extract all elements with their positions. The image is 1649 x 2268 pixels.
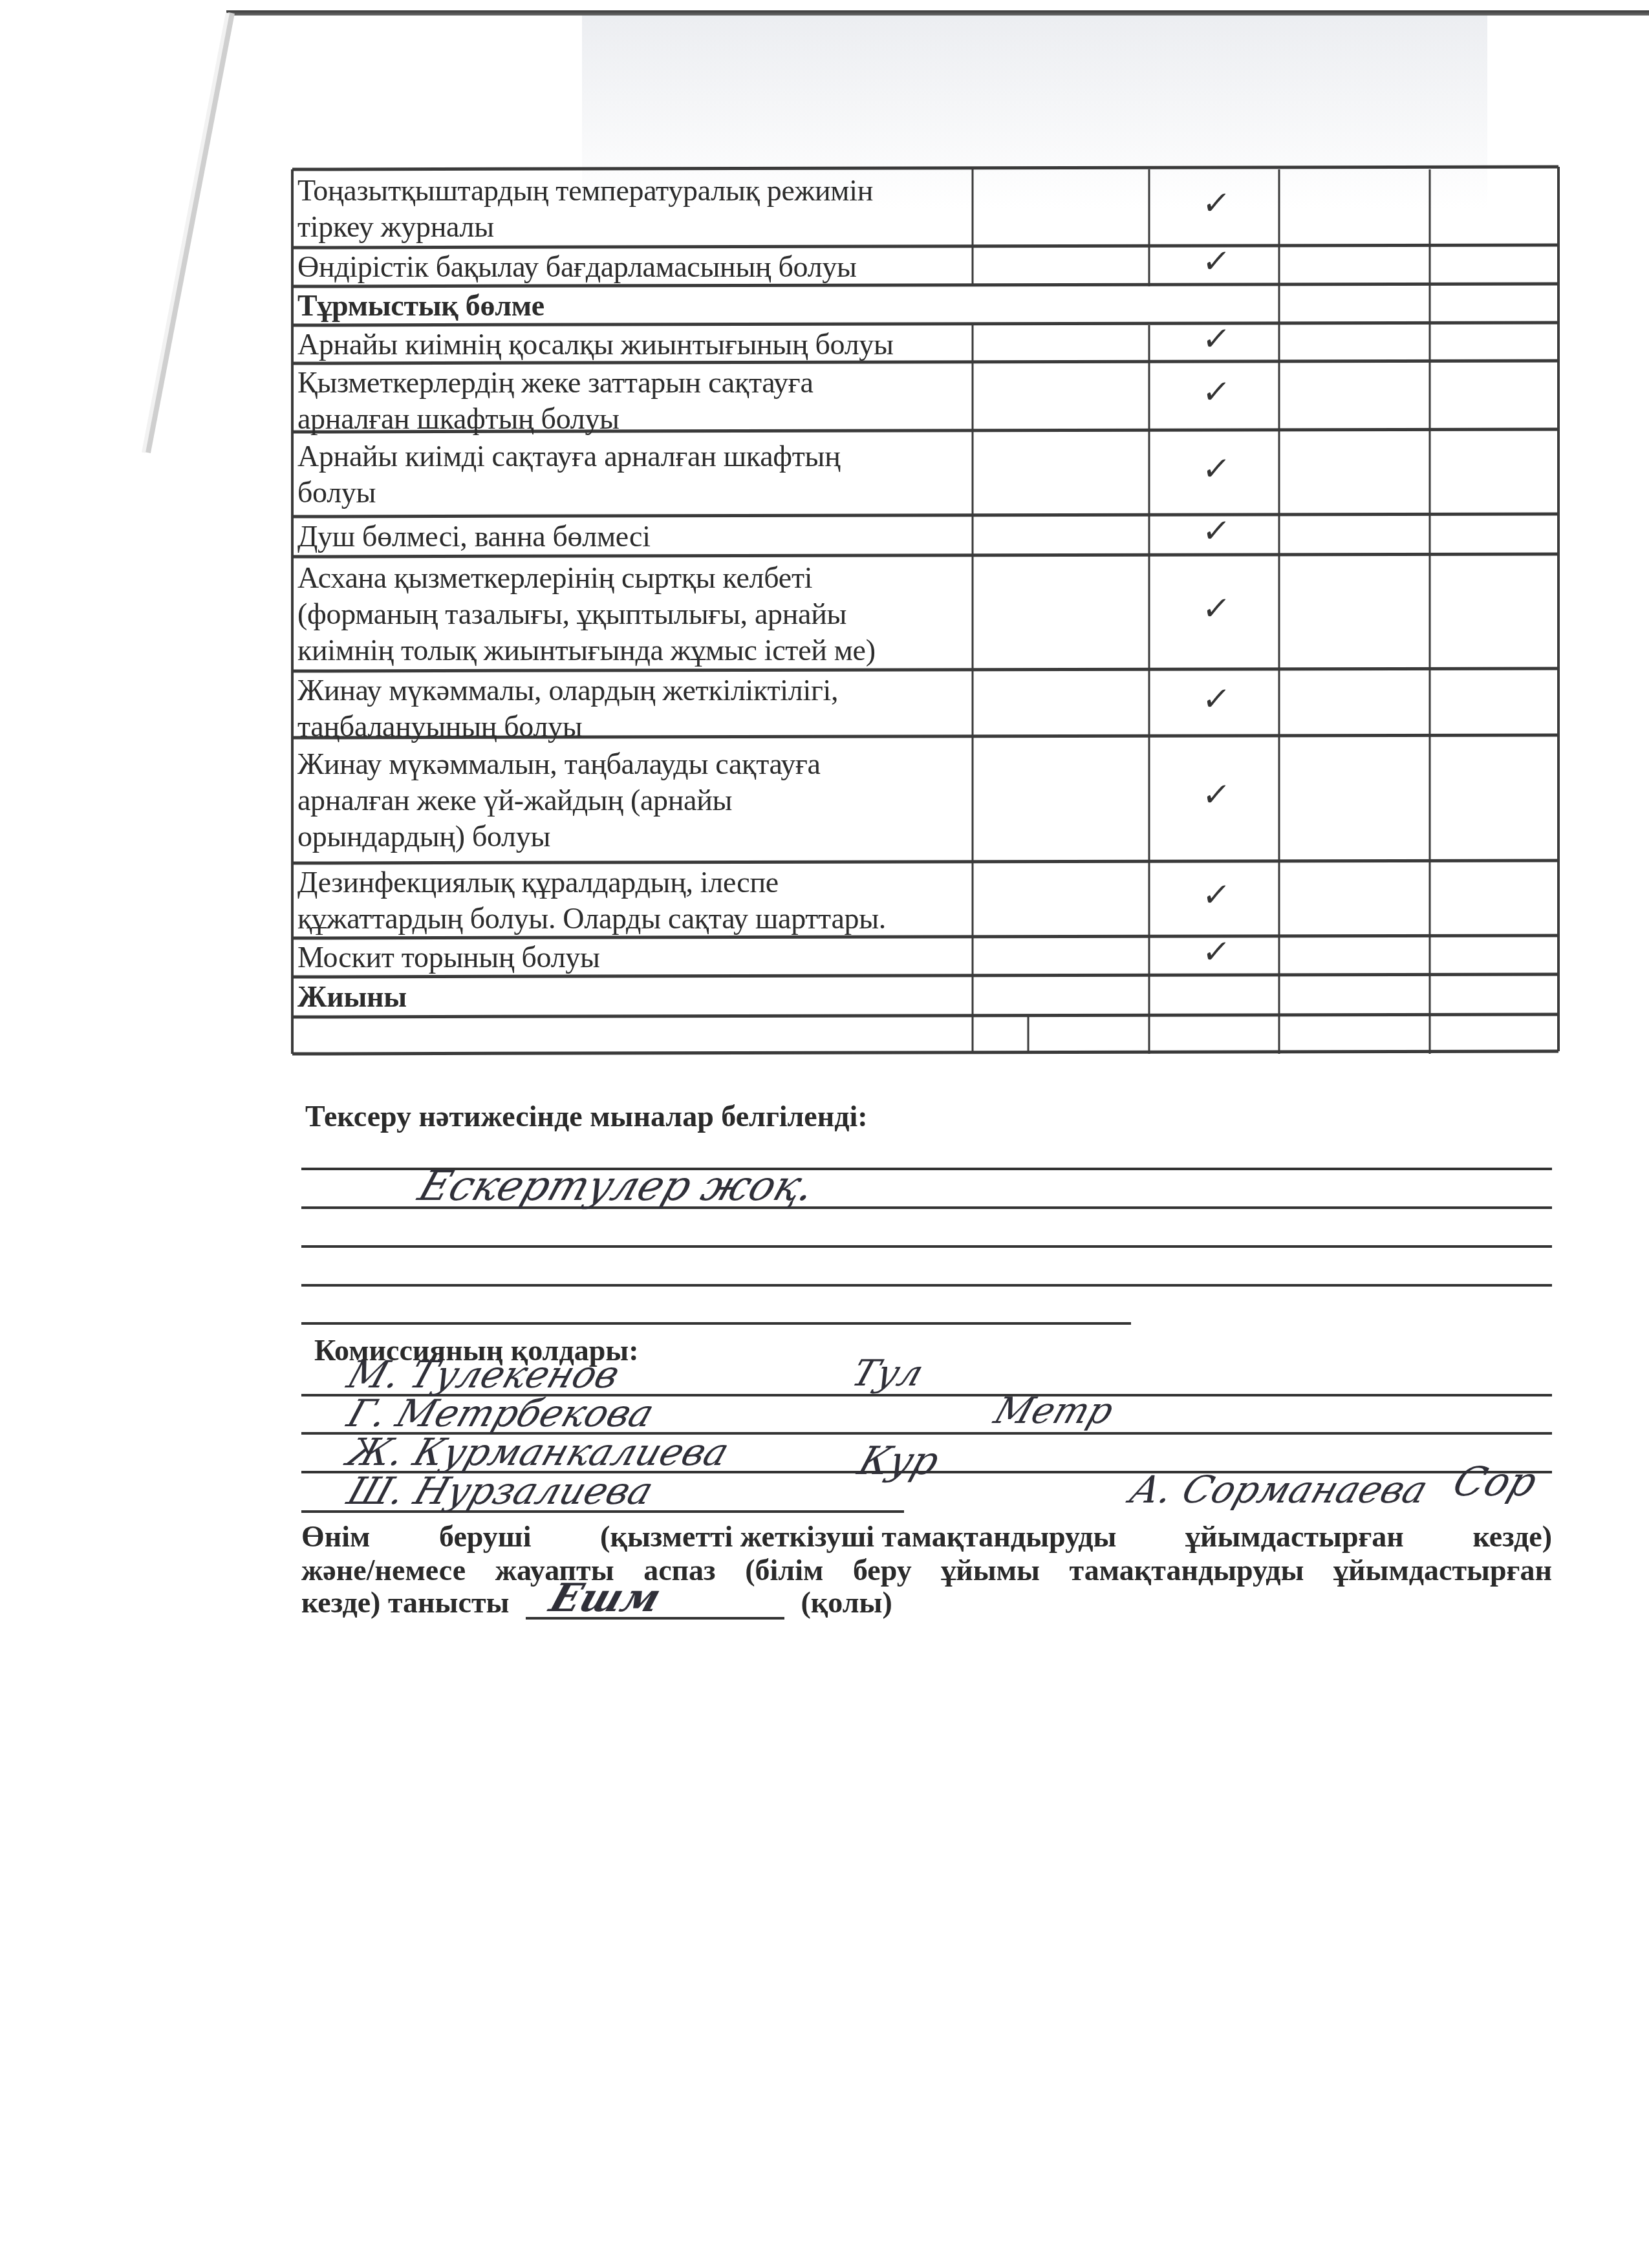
findings-handwritten-note: Ескертулер жоқ.: [413, 1162, 821, 1210]
ack-word: кезде): [1473, 1519, 1552, 1554]
commission-member-name: Ж. Курманкалиева: [342, 1430, 735, 1474]
commission-member-signature: Кур: [853, 1439, 945, 1484]
ack-word: (білім: [745, 1553, 823, 1587]
commission-member-name: М. Тулекенов: [342, 1353, 625, 1396]
checkmark-icon: ✓: [1200, 683, 1232, 715]
commission-member-signature: Сор: [1447, 1458, 1543, 1505]
ack-word: ұйымы: [941, 1553, 1040, 1587]
commission-member-name: Ш. Нурзалиева: [342, 1469, 659, 1513]
findings-line-3: [301, 1245, 1552, 1248]
row-label: Тұрмыстық бөлме: [297, 288, 544, 324]
findings-line-5: [301, 1322, 1131, 1325]
checkmark-icon: ✓: [1200, 323, 1232, 355]
row-label: Асхана қызметкерлерінің сыртқы келбеті (…: [297, 560, 876, 669]
findings-heading: Тексеру нәтижесінде мыналар белгіленді:: [305, 1099, 868, 1133]
ack-suffix: (қолы): [801, 1585, 892, 1620]
commission-member-name: А. Сорманаева: [1125, 1468, 1433, 1512]
findings-line-4: [301, 1284, 1552, 1287]
commission-member-signature: Тул: [846, 1353, 929, 1395]
row-label: Өндірістік бақылау бағдарламасының болуы: [297, 249, 857, 285]
checkmark-icon: ✓: [1200, 515, 1232, 547]
ack-word: Өнім: [301, 1519, 370, 1554]
row-label: Арнайы киімнің қосалқы жиынтығының болуы: [297, 326, 894, 363]
row-label: Жинау мүкәммалын, таңбалауды сақтауға ар…: [297, 746, 821, 855]
row-label: Жинау мүкәммалы, олардың жеткіліктілігі,…: [297, 672, 838, 745]
checkmark-icon: ✓: [1200, 879, 1232, 911]
ack-word: тамақтандыруды: [1070, 1553, 1304, 1587]
ack-word: және/немесе: [301, 1553, 466, 1587]
commission-member-name: Г. Метрбекова: [342, 1391, 660, 1435]
checkmark-icon: ✓: [1200, 187, 1232, 219]
row-label: Душ бөлмесі, ванна бөлмесі: [297, 519, 651, 555]
checkmark-icon: ✓: [1200, 778, 1232, 811]
checkmark-icon: ✓: [1200, 376, 1232, 408]
acknowledgement-signature: Ешм: [544, 1576, 667, 1621]
ack-word: ұйымдастырған: [1333, 1553, 1552, 1587]
checkmark-icon: ✓: [1200, 592, 1232, 625]
checkmark-icon: ✓: [1200, 936, 1232, 968]
acknowledgement-line-1: Өнім беруші (қызметті жеткізуші тамақтан…: [301, 1519, 1552, 1554]
ack-word: ұйымдастырған: [1185, 1519, 1404, 1554]
acknowledgement-line-3: кезде) танысты Ешм (қолы): [301, 1585, 1552, 1620]
commission-member-signature: Метр: [989, 1390, 1119, 1432]
acknowledgement-line-2: және/немесе жауапты аспаз (білім беру ұй…: [301, 1553, 1552, 1587]
row-label: Арнайы киімді сақтауға арналған шкафтың …: [297, 438, 841, 511]
ack-word: беру: [853, 1553, 912, 1587]
ack-word: беруші: [439, 1519, 531, 1554]
ack-prefix: кезде) танысты: [301, 1585, 509, 1620]
row-label: Дезинфекциялық құралдардың, ілеспе құжат…: [297, 864, 886, 937]
row-label: Тоңазытқыштардың температуралық режимін …: [297, 173, 873, 245]
row-label: Қызметкерлердің жеке заттарын сақтауға а…: [297, 365, 814, 437]
acknowledgement-signature-field[interactable]: Ешм: [526, 1589, 784, 1620]
row-label: Жиыны: [297, 979, 407, 1015]
ack-word: (қызметті жеткізуші тамақтандыруды: [600, 1519, 1116, 1554]
row-label: Москит торының болуы: [297, 939, 600, 976]
checkmark-icon: ✓: [1200, 245, 1232, 277]
checkmark-icon: ✓: [1200, 453, 1232, 485]
